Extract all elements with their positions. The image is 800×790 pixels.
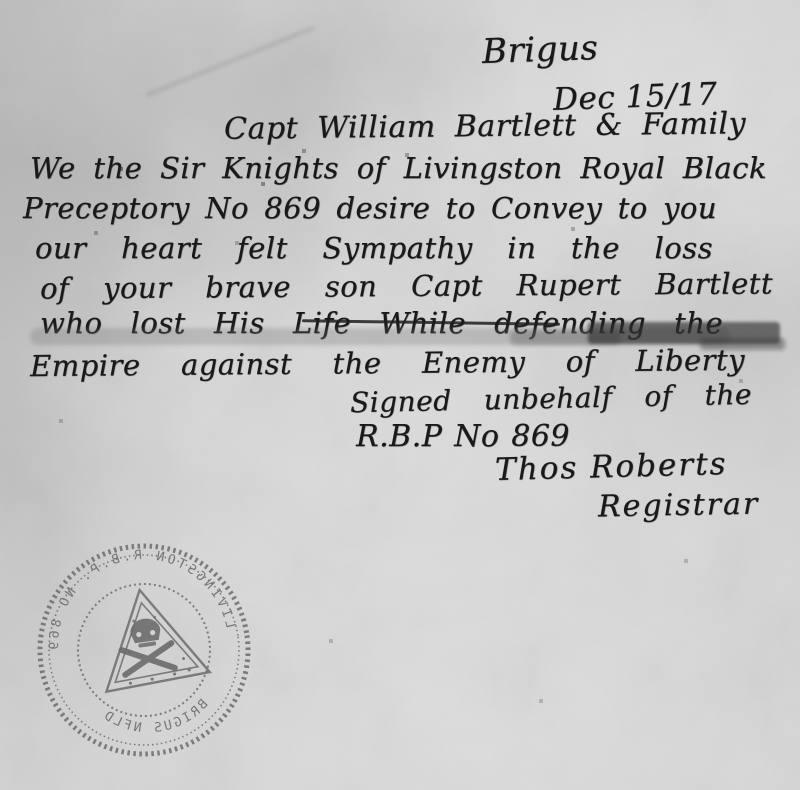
skull-and-crossbones-icon (118, 615, 175, 674)
body-line-5: who lost His Life While defending the (40, 308, 723, 340)
seal-bottom-text-arc: BRIGUS NFLD (97, 693, 214, 744)
dust-specks (0, 0, 2, 2)
embossed-seal: LIVINGSTON R.B.P. NO 869 BRIGUS NFLD (11, 517, 278, 784)
seal-outer-ring-2 (37, 543, 252, 758)
triangle-emblem (93, 582, 210, 692)
seal-top-text: LIVINGSTON R.B.P. NO 869 (35, 535, 238, 654)
signature-title: Registrar (598, 488, 760, 524)
body-line-6: Empire against the Enemy of Liberty (30, 345, 745, 383)
closing-line: Signed unbehalf of the (350, 380, 753, 419)
seal-outer-ring (27, 533, 262, 768)
place-line: Brigus (481, 30, 598, 71)
paper-crease (146, 26, 314, 96)
body-line-4: of your brave son Capt Rupert Bartlett (40, 268, 773, 305)
salutation-line: Capt William Bartlett & Family (224, 107, 746, 145)
lodge-number-line: R.B.P No 869 (356, 420, 570, 453)
scanned-letter-page: Brigus Dec 15/17 Capt William Bartlett &… (0, 0, 800, 790)
signature-name: Thos Roberts (495, 447, 728, 487)
body-line-1: We the Sir Knights of Livingston Royal B… (30, 153, 767, 185)
seal-top-text-arc: LIVINGSTON R.B.P. NO 869 (35, 535, 238, 654)
body-line-3: our heart felt Sympathy in the loss (35, 233, 713, 265)
seal-bottom-text: BRIGUS NFLD (97, 693, 214, 744)
seal-inner-ring (69, 575, 218, 724)
body-line-2: Preceptory No 869 desire to Convey to yo… (23, 193, 717, 225)
